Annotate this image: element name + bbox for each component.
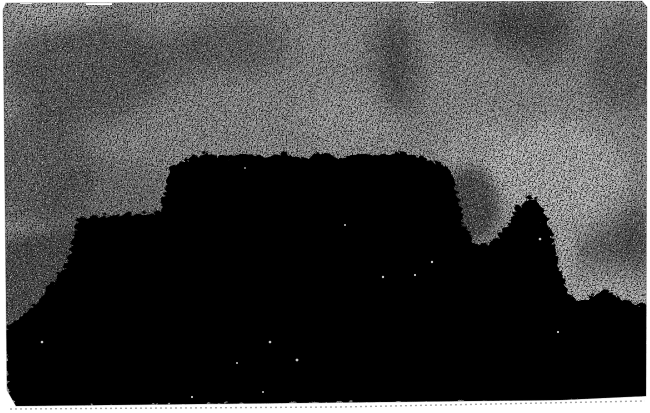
scanned-photo <box>0 0 650 413</box>
scanned-page <box>0 0 650 413</box>
photo-svg <box>0 0 650 413</box>
